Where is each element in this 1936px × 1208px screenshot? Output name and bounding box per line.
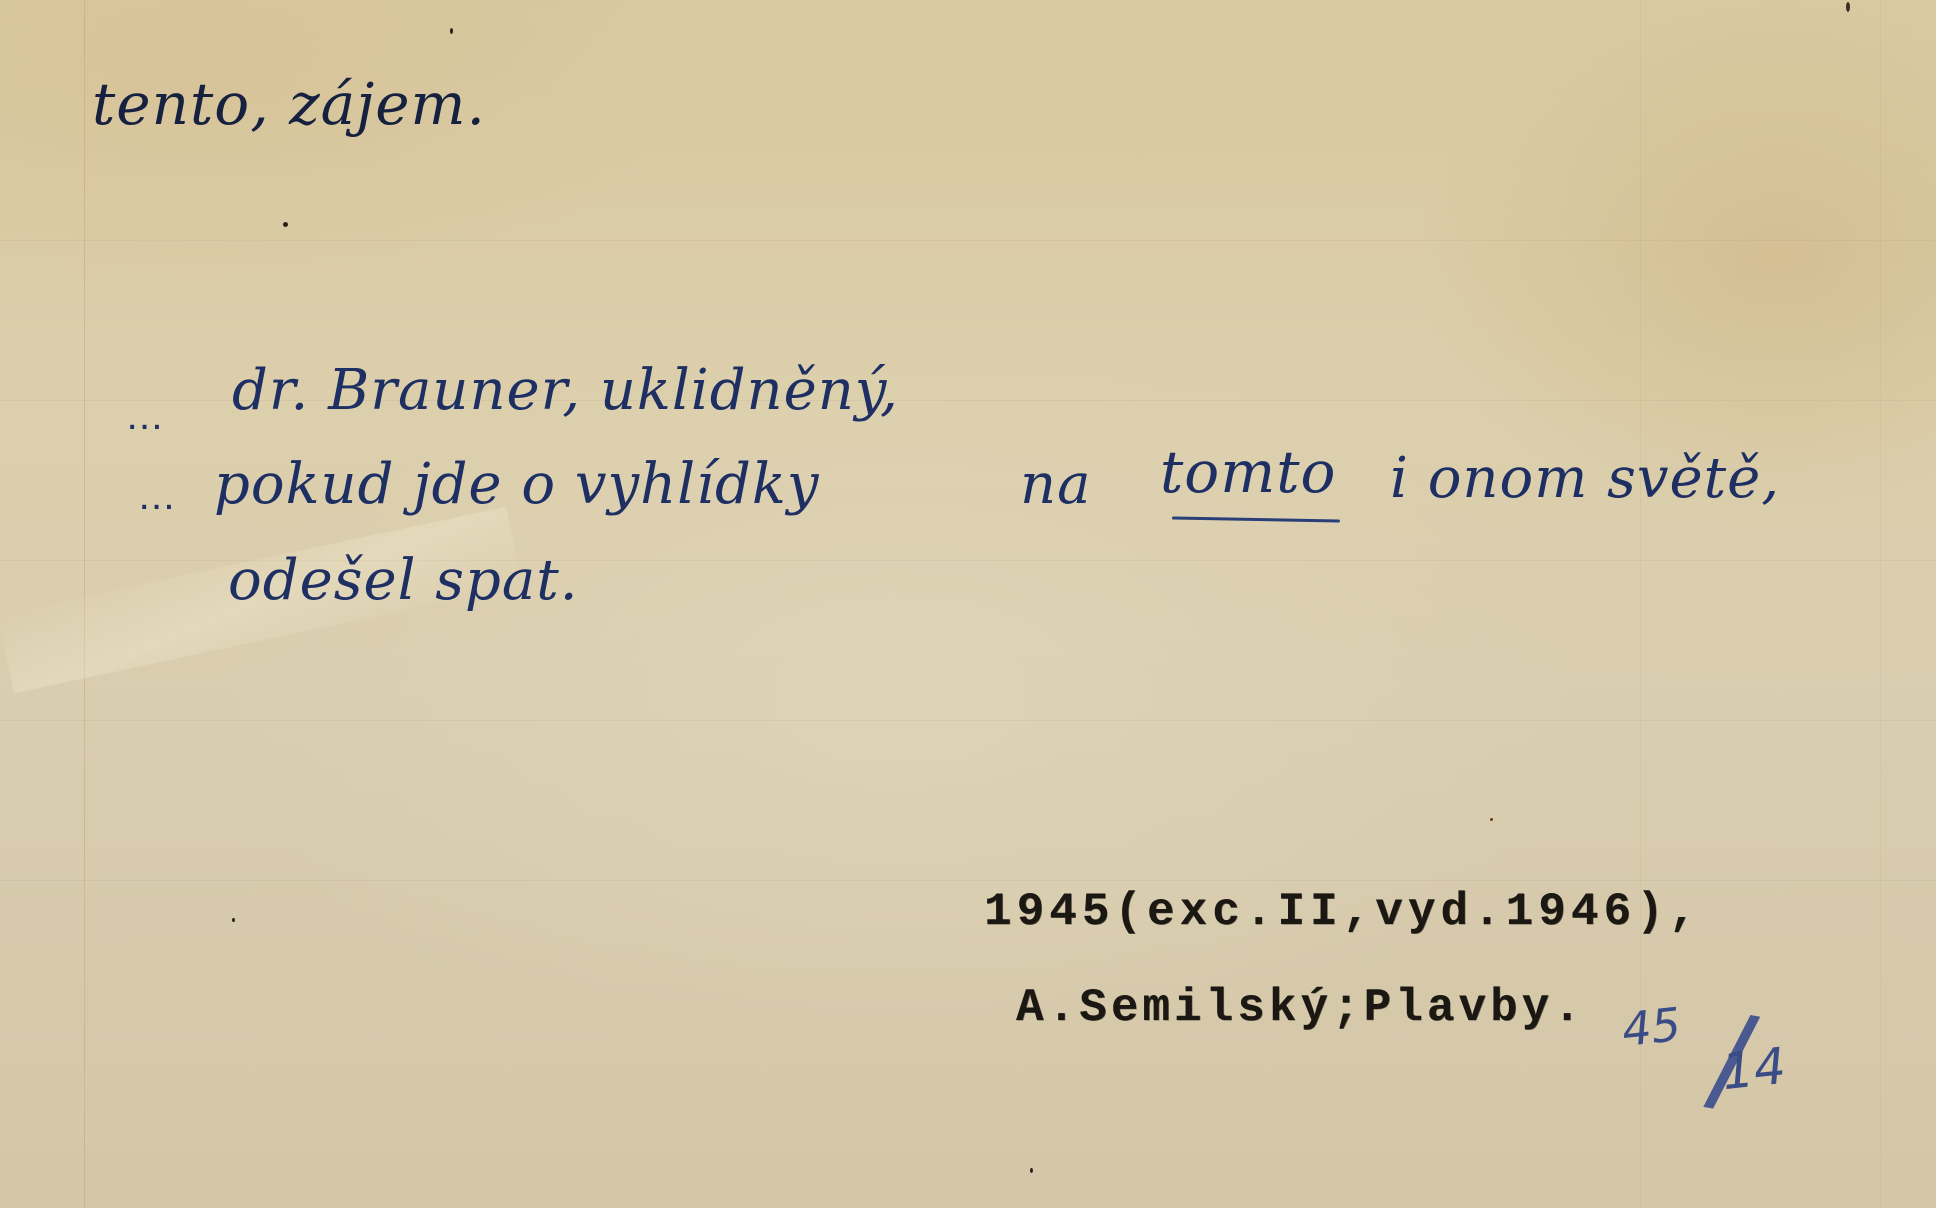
underline-stroke [1172, 517, 1340, 523]
ink-speck [1490, 818, 1493, 821]
handwritten-line-2: dr. Brauner, uklidněný, [232, 358, 899, 423]
handwritten-underlined-word: tomto [1160, 438, 1336, 506]
ruled-line [0, 880, 1936, 881]
ink-speck [1030, 1168, 1033, 1173]
catalogue-number-top: 45 [1619, 997, 1683, 1057]
handwritten-line-3-end: i onom světě, [1390, 446, 1780, 511]
ruled-line [0, 240, 1936, 241]
handwritten-line-3-word-na: na [1020, 452, 1091, 517]
index-card: tento, zájem. ... dr. Brauner, uklidněný… [0, 0, 1936, 1208]
catalogue-number-bottom: 14 [1719, 1037, 1788, 1101]
typed-reference-line-2: A.Semilský;Plavby. [1016, 982, 1585, 1034]
paper-fiber-line [1880, 0, 1881, 1208]
ruled-line [0, 720, 1936, 721]
handwritten-line-4: odešel spat. [228, 548, 579, 613]
ink-speck [232, 918, 235, 922]
handwritten-line-1: tento, zájem. [92, 70, 486, 138]
handwritten-line-3-start: pokud jde o vyhlídky [214, 452, 819, 517]
ink-speck [283, 222, 288, 227]
ink-speck [1846, 2, 1850, 12]
ellipsis-mark: ... [140, 490, 177, 515]
ellipsis-mark: ... [128, 410, 165, 435]
typed-reference-line-1: 1945(exc.II,vyd.1946), [984, 886, 1701, 938]
ink-speck [450, 28, 453, 34]
